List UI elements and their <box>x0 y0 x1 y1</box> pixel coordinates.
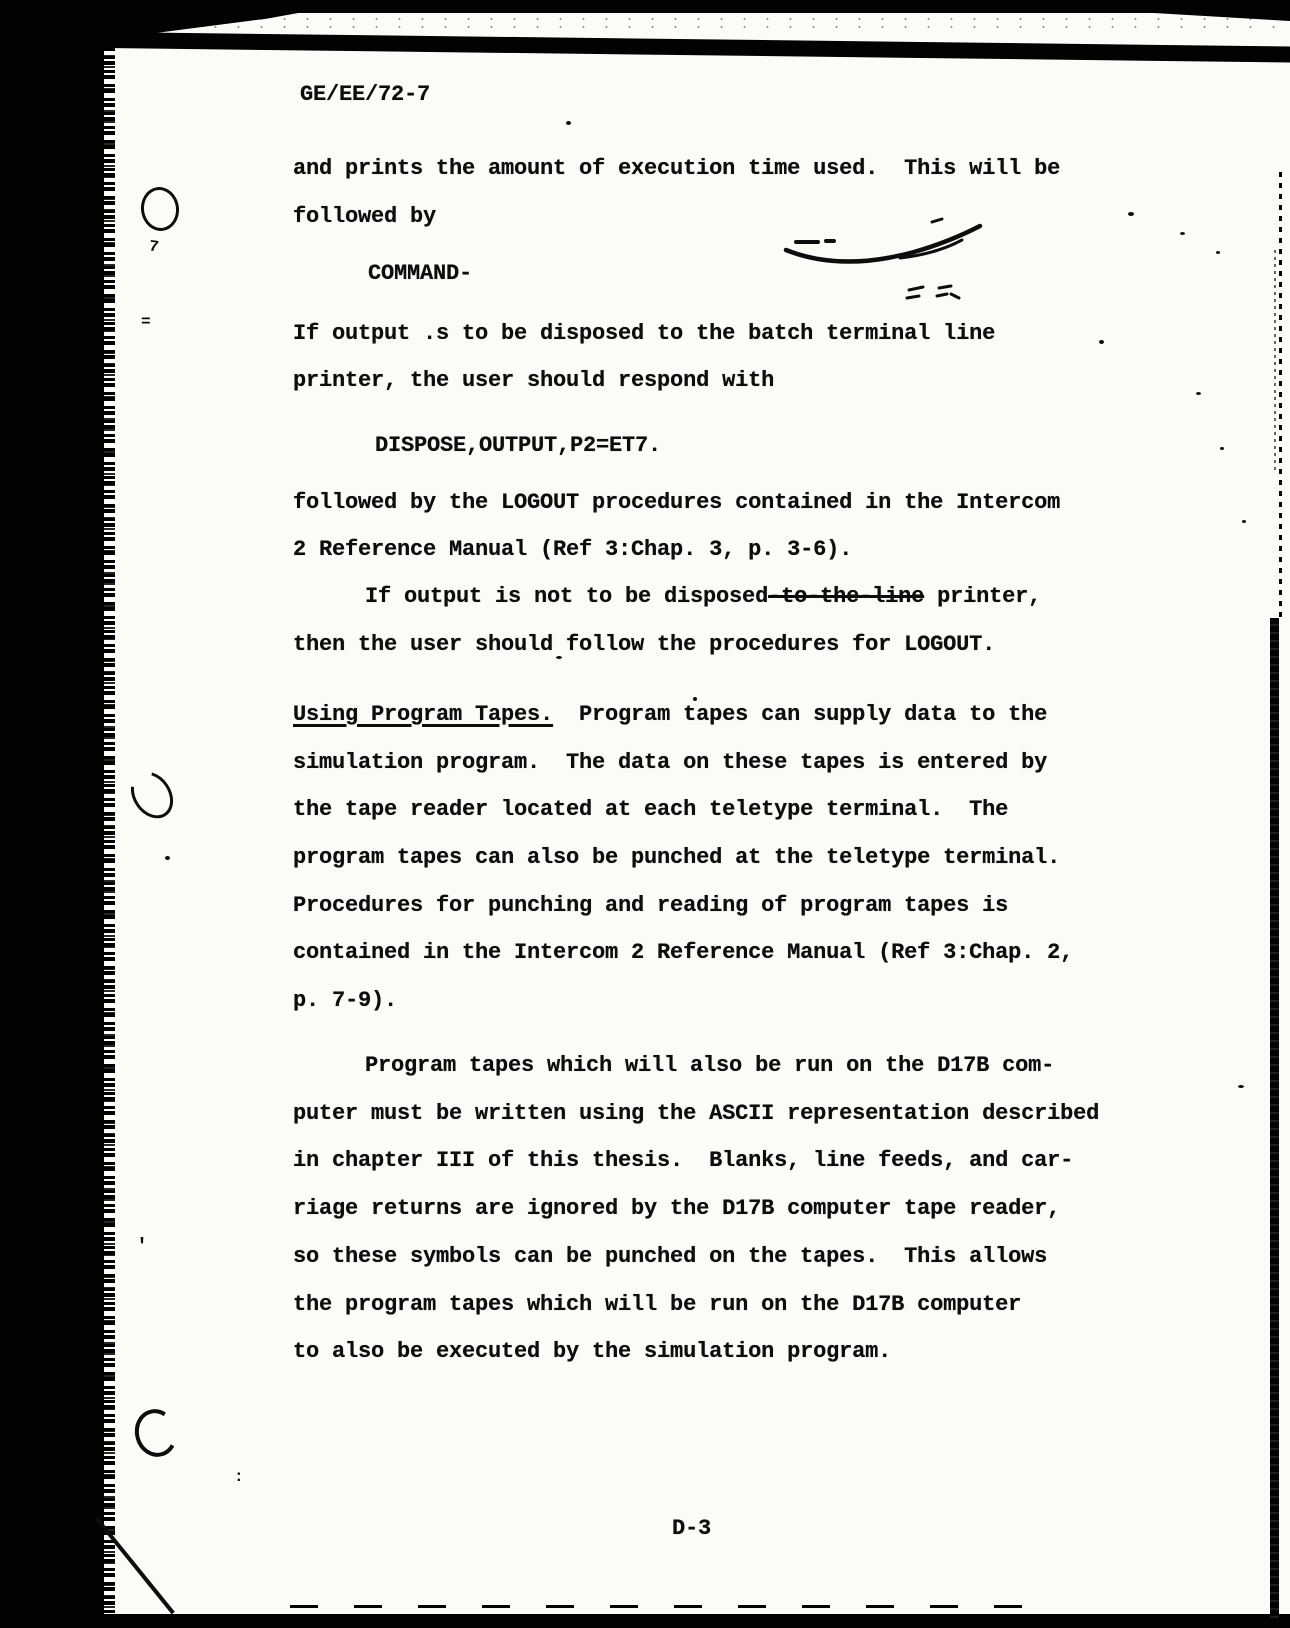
film-edge-bottom <box>0 1614 1290 1628</box>
scan-speck <box>165 856 170 860</box>
text-line: Program tapes which will also be run on … <box>365 1053 1054 1079</box>
scan-speck <box>1196 392 1201 395</box>
text-line: simulation program. The data on these ta… <box>293 750 1047 776</box>
document-id: GE/EE/72-7 <box>300 82 430 108</box>
film-edge-left-ragged <box>102 0 115 1628</box>
scan-speck <box>1238 1085 1244 1088</box>
scan-speck <box>1220 447 1224 450</box>
scan-speck <box>1099 340 1104 344</box>
text-line: and prints the amount of execution time … <box>293 156 1060 182</box>
film-top-bar <box>104 32 1290 63</box>
page-number: D-3 <box>672 1516 711 1542</box>
text-segment: printer, <box>924 584 1041 609</box>
text-line: p. 7-9). <box>293 988 397 1014</box>
scan-speck <box>1242 520 1246 523</box>
command-prompt-line: COMMAND- <box>368 261 472 287</box>
text-segment: If output is not to be disposed <box>365 584 768 609</box>
stray-mark-equals: = <box>141 313 151 331</box>
text-line: in chapter III of this thesis. Blanks, l… <box>293 1148 1073 1174</box>
scan-speck <box>1128 212 1134 216</box>
text-line: Procedures for punching and reading of p… <box>293 893 1008 919</box>
text-line: to also be executed by the simulation pr… <box>293 1339 891 1365</box>
scanned-document-page: { "colors": { "ink": "#0d0d0d", "paper":… <box>0 0 1290 1628</box>
section-heading: Using Program Tapes. <box>293 702 553 727</box>
scan-noise-bottom-dashes <box>290 1605 1050 1608</box>
binding-microtext <box>1274 250 1276 470</box>
text-line: If output is not to be disposed-to-the-l… <box>365 584 1041 610</box>
film-edge-left <box>0 0 104 1628</box>
scan-speck <box>1180 232 1185 235</box>
text-segment: Program tapes can supply data to the <box>553 702 1047 727</box>
text-line: followed by <box>293 204 436 230</box>
stray-mark-apostrophe: ' <box>136 1236 148 1259</box>
hole-punch-mark <box>138 185 182 234</box>
text-line: puter must be written using the ASCII re… <box>293 1101 1099 1127</box>
scan-noise-band <box>112 15 1290 34</box>
text-line: then the user should follow the procedur… <box>293 632 995 658</box>
text-line: so these symbols can be punched on the t… <box>293 1244 1047 1270</box>
pen-tick-marks <box>905 278 1000 304</box>
pen-scribble-mark <box>782 212 992 274</box>
text-line: the program tapes which will be run on t… <box>293 1292 1021 1318</box>
binding-line-solid <box>1270 618 1279 1620</box>
text-line: 2 Reference Manual (Ref 3:Chap. 3, p. 3-… <box>293 537 852 563</box>
text-line: followed by the LOGOUT procedures contai… <box>293 490 1060 516</box>
dispose-command-line: DISPOSE,OUTPUT,P2=ET7. <box>375 433 661 459</box>
struck-text: -to-the-line <box>768 584 924 609</box>
hole-punch-mark <box>130 1405 182 1462</box>
text-line: riage returns are ignored by the D17B co… <box>293 1196 1060 1222</box>
scan-speck <box>1216 251 1220 254</box>
text-line: printer, the user should respond with <box>293 368 774 394</box>
text-line: program tapes can also be punched at the… <box>293 845 1060 871</box>
stray-mark-colon: : <box>234 1468 244 1486</box>
stray-mark-seven: 7 <box>148 237 160 256</box>
text-line: contained in the Intercom 2 Reference Ma… <box>293 940 1073 966</box>
scan-speck <box>693 697 697 701</box>
text-line: the tape reader located at each teletype… <box>293 797 1008 823</box>
text-line: Using Program Tapes. Program tapes can s… <box>293 702 1047 728</box>
binding-line-dotted <box>1279 172 1282 622</box>
scan-speck <box>566 121 571 125</box>
hole-punch-mark <box>122 764 181 827</box>
text-line: If output .s to be disposed to the batch… <box>293 321 995 347</box>
